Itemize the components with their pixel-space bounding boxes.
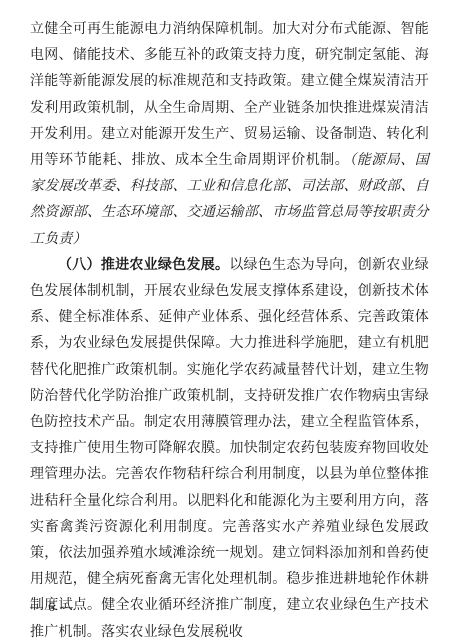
section-8-heading: （八）推进农业绿色发展。 [58, 258, 229, 273]
page-content: 立健全可再生能源电力消纳保障机制。加大对分布式能源、智能电网、储能技术、多能互补… [30, 17, 429, 644]
page-footer: — 6 — [30, 599, 74, 615]
energy-policy-text: 立健全可再生能源电力消纳保障机制。加大对分布式能源、智能电网、储能技术、多能互补… [30, 22, 429, 168]
section-8-body: 以绿色生态为导向，创新农业绿色发展体制机制，开展农业绿色发展支撑体系建设，创新技… [30, 258, 429, 640]
document-page: 立健全可再生能源电力消纳保障机制。加大对分布式能源、智能电网、储能技术、多能互补… [0, 0, 456, 644]
paragraph-green-agriculture: （八）推进农业绿色发展。以绿色生态为导向，创新农业绿色发展体制机制，开展农业绿色… [30, 253, 429, 644]
paragraph-energy-policy: 立健全可再生能源电力消纳保障机制。加大对分布式能源、智能电网、储能技术、多能互补… [30, 17, 429, 253]
page-number: — 6 — [30, 599, 74, 614]
